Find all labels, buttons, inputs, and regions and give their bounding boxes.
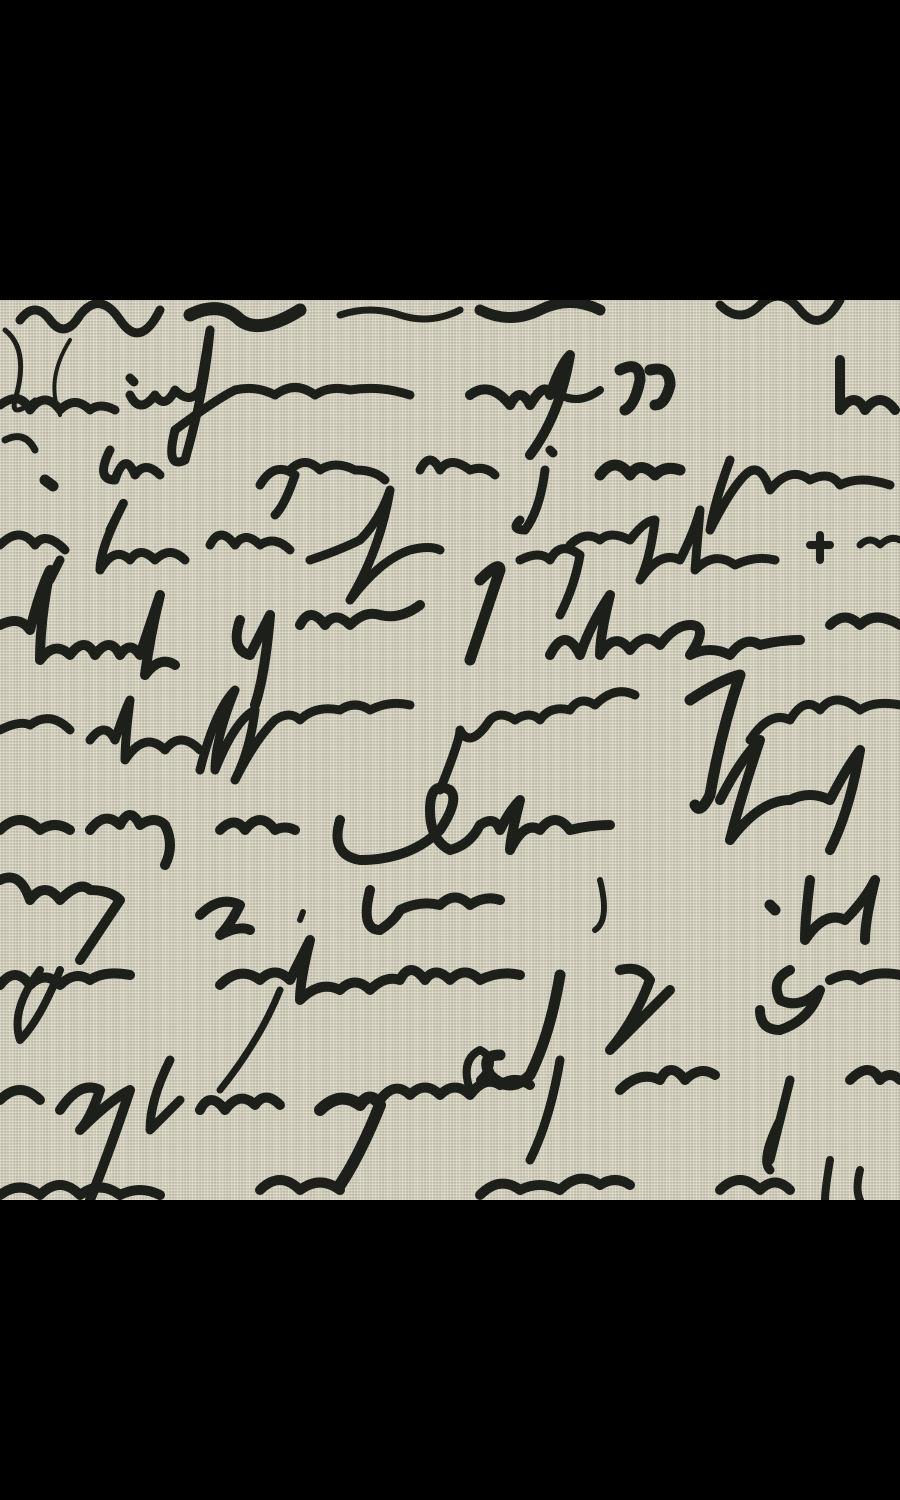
script-line-10	[0, 1050, 900, 1200]
script-line-1	[20, 300, 840, 333]
script-line-8	[0, 878, 875, 961]
script-line-4	[0, 490, 900, 615]
handwritten-script	[0, 300, 900, 1200]
script-line-11	[0, 1160, 860, 1200]
letterbox-top	[0, 0, 900, 300]
script-line-3	[5, 437, 890, 530]
letterbox-bottom	[0, 1200, 900, 1500]
script-line-2	[0, 330, 895, 462]
linen-fabric-image	[0, 300, 900, 1200]
script-line-9	[0, 940, 900, 1090]
script-line-5	[0, 567, 900, 705]
